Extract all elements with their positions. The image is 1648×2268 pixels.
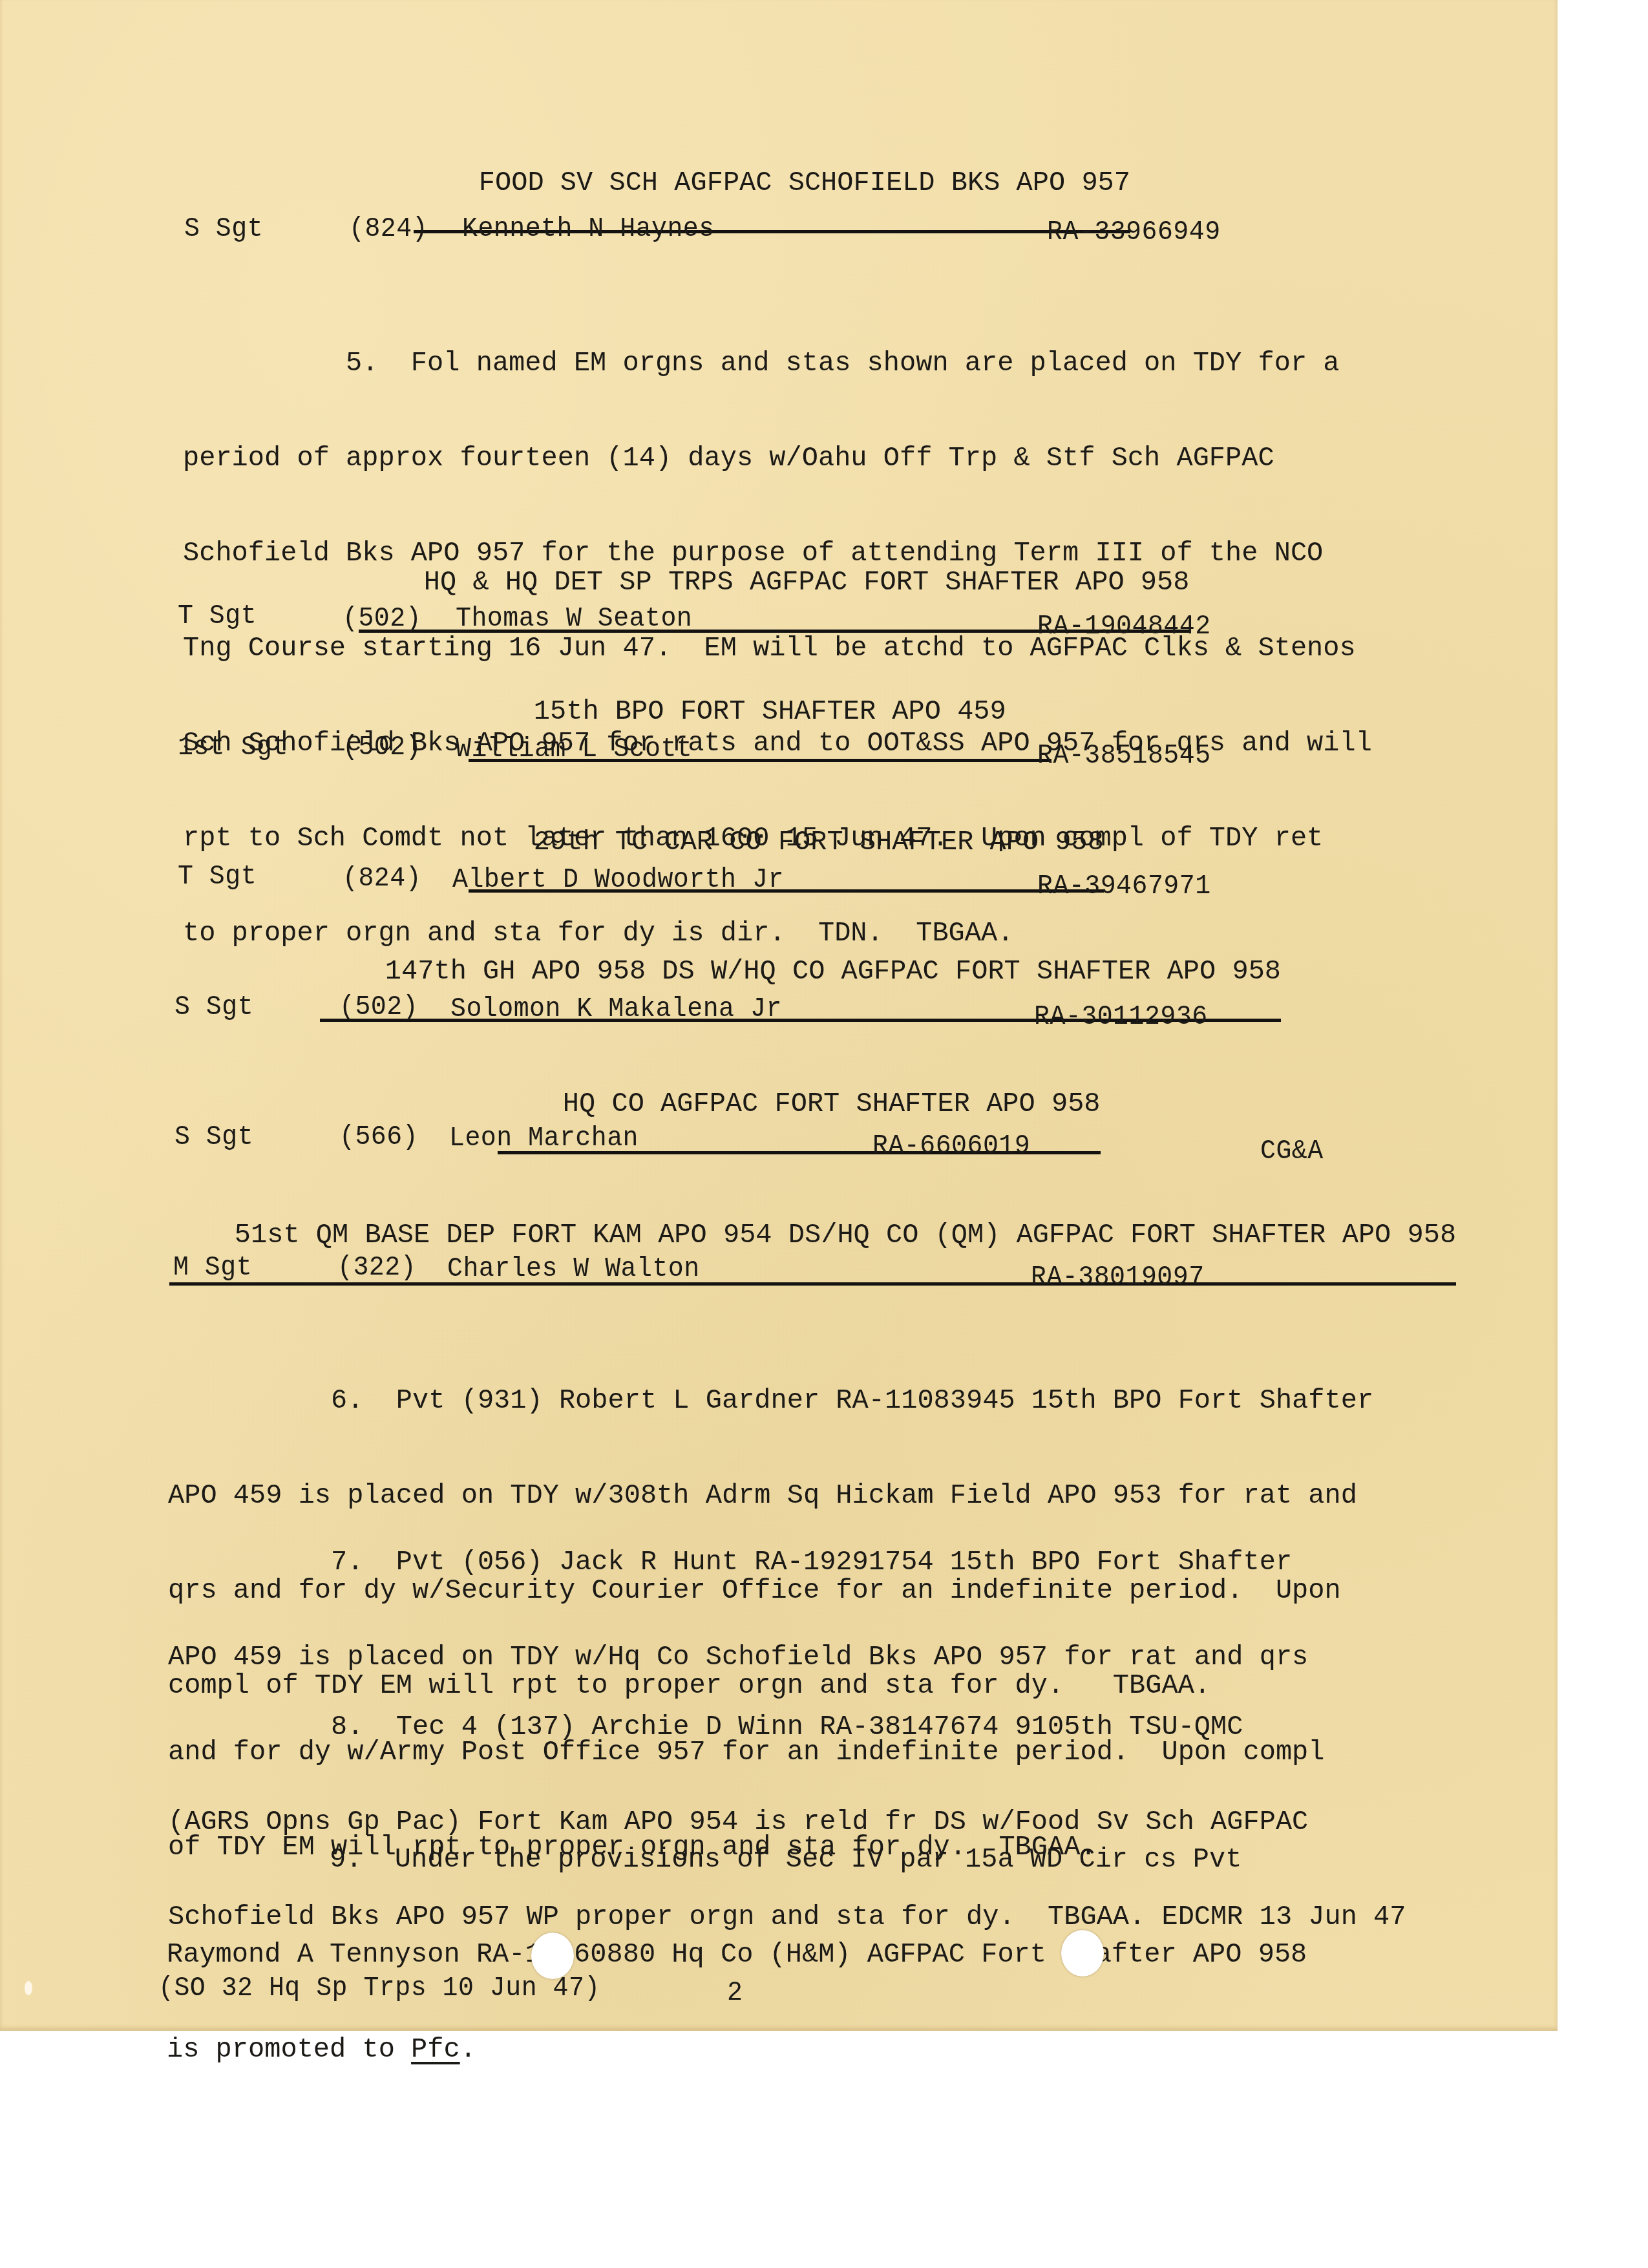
entry-name: Albert D Woodworth Jr bbox=[452, 866, 784, 893]
paragraph-line: period of approx fourteen (14) days w/Oa… bbox=[183, 443, 1372, 474]
edge-pinhole bbox=[25, 1981, 32, 1995]
entry-serial: RA-38518545 bbox=[1037, 742, 1211, 769]
document-page: FOOD SV SCH AGFPAC SCHOFIELD BKS APO 957… bbox=[0, 0, 1558, 2031]
entry-name: Thomas W Seaton bbox=[456, 605, 692, 632]
entry-mos: (566) bbox=[339, 1123, 418, 1150]
entry-rank: M Sgt bbox=[173, 1254, 252, 1281]
entry-rank: S Sgt bbox=[174, 1123, 253, 1150]
promoted-grade: Pfc bbox=[411, 2034, 460, 2065]
punctuation: . bbox=[460, 2034, 476, 2065]
entry-serial: RA-6606019 bbox=[872, 1132, 1030, 1160]
entry-serial: RA-30112936 bbox=[1034, 1003, 1208, 1030]
paragraph-line: 7. Pvt (056) Jack R Hunt RA-19291754 15t… bbox=[168, 1547, 1325, 1578]
entry-mos: (322) bbox=[337, 1254, 416, 1281]
entry-serial: RA-38019097 bbox=[1031, 1264, 1205, 1291]
entry-name: William L Scott bbox=[456, 736, 692, 763]
entry-note: CG&A bbox=[1260, 1138, 1324, 1165]
unit-header-text: 29th TC CAR CO FORT SHAFTER APO 958 bbox=[534, 827, 1104, 858]
entry-name: Kenneth N Haynes bbox=[462, 215, 715, 242]
entry-mos: (824) bbox=[343, 865, 421, 892]
paragraph-line: Raymond A Tennyson RA-11160880 Hq Co (H&… bbox=[167, 1939, 1307, 1971]
paragraph-9: 9. Under the provisions of Sec IV par 15… bbox=[167, 1781, 1307, 2129]
entry-mos: (502) bbox=[343, 605, 421, 632]
unit-header-text: 15th BPO FORT SHAFTER APO 459 bbox=[534, 696, 1006, 727]
paragraph-line: 5. Fol named EM orgns and stas shown are… bbox=[183, 348, 1372, 379]
entry-mos: (502) bbox=[339, 993, 418, 1021]
entry-mos: (502) bbox=[343, 734, 421, 761]
footer-reference: (SO 32 Hq Sp Trps 10 Jun 47) bbox=[158, 1975, 600, 2002]
paragraph-line: is promoted to Pfc. bbox=[167, 2034, 1307, 2066]
unit-header-text: FOOD SV SCH AGFPAC SCHOFIELD BKS APO 957 bbox=[479, 167, 1130, 198]
unit-header-text: HQ & HQ DET SP TRPS AGFPAC FORT SHAFTER … bbox=[424, 567, 1190, 598]
entry-name: Charles W Walton bbox=[447, 1255, 700, 1282]
paragraph-line: 8. Tec 4 (137) Archie D Winn RA-38147674… bbox=[168, 1712, 1406, 1743]
entry-rank: 1st Sgt bbox=[178, 734, 288, 761]
entry-rank: T Sgt bbox=[178, 863, 257, 890]
entry-rank: S Sgt bbox=[184, 215, 263, 242]
unit-header-text: HQ CO AGFPAC FORT SHAFTER APO 958 bbox=[563, 1088, 1101, 1119]
entry-serial: RA-19048442 bbox=[1037, 613, 1211, 640]
promotion-text: is promoted to bbox=[167, 2034, 411, 2065]
entry-serial: RA-33966949 bbox=[1047, 218, 1221, 246]
entry-rank: S Sgt bbox=[174, 993, 253, 1021]
paragraph-line: 9. Under the provisions of Sec IV par 15… bbox=[167, 1844, 1307, 1876]
entry-name: Solomon K Makalena Jr bbox=[450, 995, 782, 1023]
page-number: 2 bbox=[727, 1979, 743, 2006]
unit-header-text: 51st QM BASE DEP FORT KAM APO 954 DS/HQ … bbox=[235, 1220, 1456, 1251]
entry-serial: RA-39467971 bbox=[1037, 873, 1211, 900]
unit-header-text: 147th GH APO 958 DS W/HQ CO AGFPAC FORT … bbox=[385, 956, 1281, 987]
punch-hole-right bbox=[1061, 1930, 1104, 1977]
entry-name: Leon Marchan bbox=[449, 1125, 639, 1152]
paragraph-line: 6. Pvt (931) Robert L Gardner RA-1108394… bbox=[168, 1385, 1373, 1417]
entry-mos: (824) bbox=[349, 215, 428, 242]
entry-rank: T Sgt bbox=[178, 602, 257, 630]
